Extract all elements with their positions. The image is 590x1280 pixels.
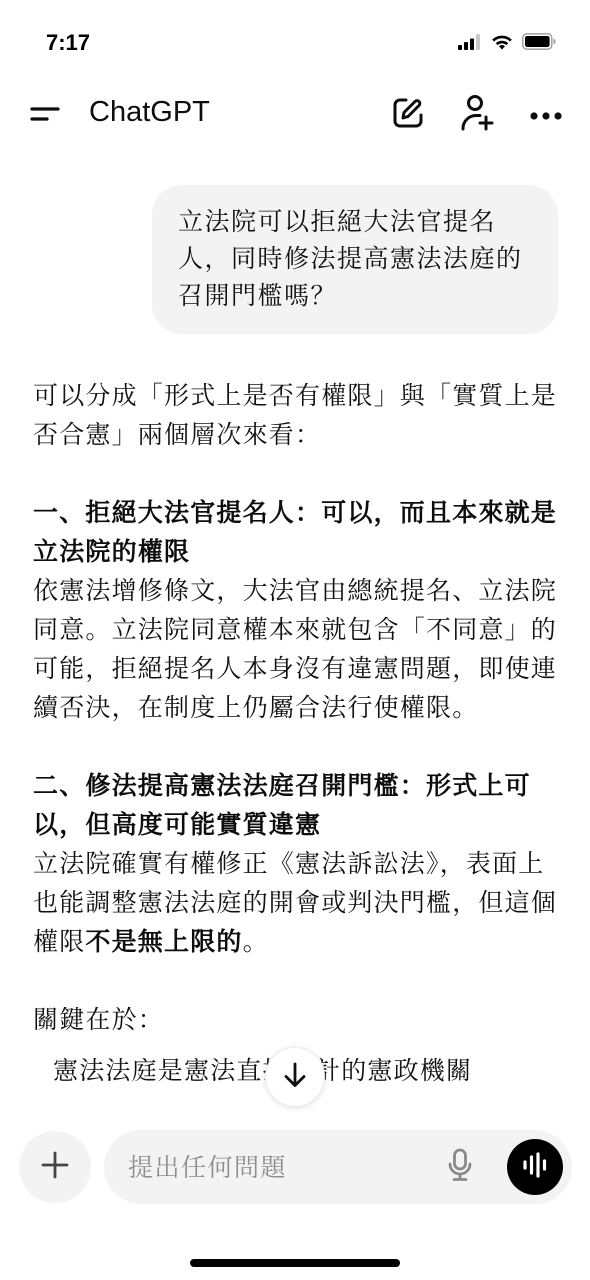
microphone-icon xyxy=(447,1148,473,1186)
app-header: ChatGPT xyxy=(0,85,590,145)
section1-heading-text: 一、拒絕大法官提名人：可以，而且本來就是立法院的權限 xyxy=(33,498,557,566)
battery-icon xyxy=(522,33,556,54)
section1-body: 依憲法增修條文，大法官由總統提名、立法院同意。立法院同意權本來就包含「不同意」的… xyxy=(33,571,558,727)
conversation-area[interactable]: 立法院可以拒絕大法官提名人，同時修法提高憲法法庭的召開門檻嗎？ 可以分成「形式上… xyxy=(0,150,590,1120)
app-title: ChatGPT xyxy=(89,96,210,129)
key-point-label: 關鍵在於： xyxy=(33,1000,558,1039)
new-chat-edit-icon xyxy=(391,96,425,134)
section2-heading: 二、修法提高憲法法庭召開門檻：形式上可以，但高度可能實質違憲 xyxy=(33,766,558,844)
assistant-intro: 可以分成「形式上是否有權限」與「實質上是否合憲」兩個層次來看： xyxy=(33,376,558,454)
add-people-button[interactable] xyxy=(459,95,495,135)
user-message-bubble: 立法院可以拒絕大法官提名人，同時修法提高憲法法庭的召開門檻嗎？ xyxy=(152,185,558,334)
add-person-icon xyxy=(459,93,495,137)
cellular-signal-icon xyxy=(458,34,482,54)
status-icons xyxy=(458,33,556,54)
status-time: 7:17 xyxy=(46,30,90,56)
chatgpt-screen: 7:17 xyxy=(0,0,590,1280)
message-input-container xyxy=(104,1130,572,1204)
home-indicator[interactable] xyxy=(190,1259,400,1267)
scroll-to-bottom-button[interactable] xyxy=(265,1047,325,1107)
sidebar-menu-button[interactable] xyxy=(28,99,62,129)
assistant-message: 可以分成「形式上是否有權限」與「實質上是否合憲」兩個層次來看： 一、拒絕大法官提… xyxy=(33,376,558,1090)
plus-icon xyxy=(40,1150,70,1184)
voice-waveform-icon xyxy=(522,1152,548,1182)
dictate-button[interactable] xyxy=(442,1148,478,1186)
section1-heading: 一、拒絕大法官提名人：可以，而且本來就是立法院的權限 xyxy=(33,493,558,571)
voice-mode-button[interactable] xyxy=(507,1139,563,1195)
section2-heading-text: 二、修法提高憲法法庭召開門檻：形式上可以，但高度可能實質違憲 xyxy=(33,771,531,839)
section2-body: 立法院確實有權修正《憲法訴訟法》，表面上也能調整憲法法庭的開會或判決門檻，但這個… xyxy=(33,844,558,961)
arrow-down-icon xyxy=(282,1061,308,1093)
more-options-button[interactable] xyxy=(528,95,564,135)
section2-body-end: 。 xyxy=(243,927,269,956)
user-message-text: 立法院可以拒絕大法官提名人，同時修法提高憲法法庭的召開門檻嗎？ xyxy=(178,207,523,310)
section2-body-emphasis: 不是無上限的 xyxy=(85,927,242,956)
status-bar: 7:17 xyxy=(0,0,590,80)
new-chat-button[interactable] xyxy=(390,95,426,135)
wifi-icon xyxy=(491,34,513,54)
message-input[interactable] xyxy=(128,1148,428,1186)
more-horizontal-icon xyxy=(529,106,563,125)
sidebar-menu-icon xyxy=(28,114,62,133)
attach-button[interactable] xyxy=(19,1131,91,1203)
composer xyxy=(0,1128,590,1208)
